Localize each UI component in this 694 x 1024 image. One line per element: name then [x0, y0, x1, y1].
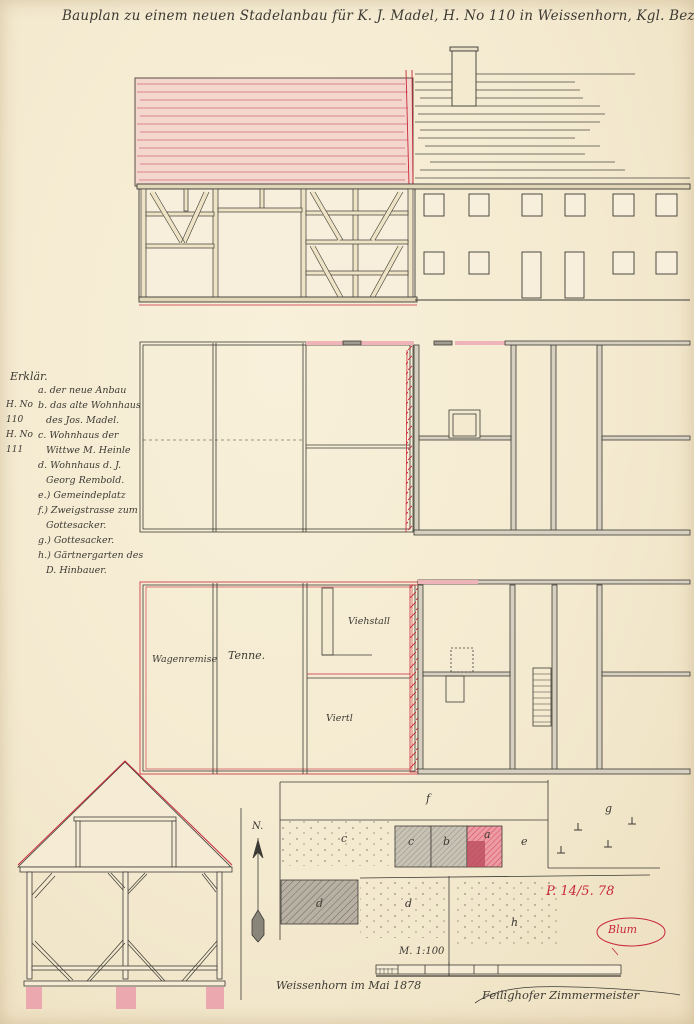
legend-entry-h: h.) Gärtnergarten des: [38, 550, 143, 561]
site-label-g: g: [605, 803, 612, 814]
cross-section: [18, 761, 232, 1009]
site-label-b: b: [443, 836, 450, 847]
plan-sheet: Bauplan zu einem neuen Stadelanbau für K…: [0, 0, 694, 1024]
scale-label: M. 1:100: [399, 947, 444, 957]
legend-entry-c: c. Wohnhaus der: [38, 430, 118, 441]
legend: Erklär. a. der neue Anbau H. Nob. das al…: [6, 370, 138, 580]
legend-entry-c-cont: Wittwe M. Heinle: [46, 445, 131, 456]
legend-entry-b-cont: des Jos. Madel.: [46, 415, 119, 426]
legend-entry-d: d. Wohnhaus d. J.: [38, 460, 121, 471]
plan-title: Bauplan zu einem neuen Stadelanbau für K…: [62, 10, 694, 24]
site-label-f: f: [426, 793, 430, 804]
room-label-wagenremise: Wagenremise: [152, 655, 217, 665]
site-label-h: h: [511, 917, 518, 928]
legend-entry-h-cont: D. Hinbauer.: [46, 565, 107, 576]
house-number-label: H. No: [6, 400, 33, 410]
upper-floor-plan: [140, 341, 690, 535]
site-label-a: a: [484, 829, 491, 840]
legend-entry-f: f.) Zweigstrasse zum: [38, 505, 138, 516]
legend-entry-d-cont: Georg Rembold.: [46, 475, 124, 486]
legend-entry-f-cont: Gottesacker.: [46, 520, 106, 531]
approval-note: P. 14/5. 78: [546, 885, 614, 898]
site-label-d-yard: d: [405, 898, 412, 909]
builder-signature: Feilighofer Zimmermeister: [482, 990, 639, 1002]
site-label-c-yard: c: [341, 833, 347, 844]
legend-heading: Erklär.: [10, 370, 48, 383]
site-label-d-house: d: [316, 898, 323, 909]
place-date: Weissenhorn im Mai 1878: [276, 980, 421, 991]
legend-entry-b: b. das alte Wohnhaus: [38, 400, 141, 411]
room-label-viehstall: Viehstall: [348, 617, 390, 627]
ground-floor-plan: [140, 580, 690, 774]
legend-entry-a: a. der neue Anbau: [38, 385, 126, 396]
elevation: [135, 47, 690, 305]
legend-entry-e: e.) Gemeindeplatz: [38, 490, 126, 501]
room-label-viertl: Viertl: [326, 714, 353, 724]
house-number-label: H. No: [6, 430, 33, 440]
approval-signature: Blum: [608, 924, 637, 935]
house-number-value: 110: [6, 415, 23, 425]
site-label-e: e: [521, 836, 528, 847]
legend-entry-g: g.) Gottesacker.: [38, 535, 114, 546]
north-label: N.: [252, 822, 263, 832]
house-number-value: 111: [6, 445, 23, 455]
site-label-c-house: c: [408, 836, 414, 847]
room-label-tenne: Tenne.: [228, 650, 265, 661]
